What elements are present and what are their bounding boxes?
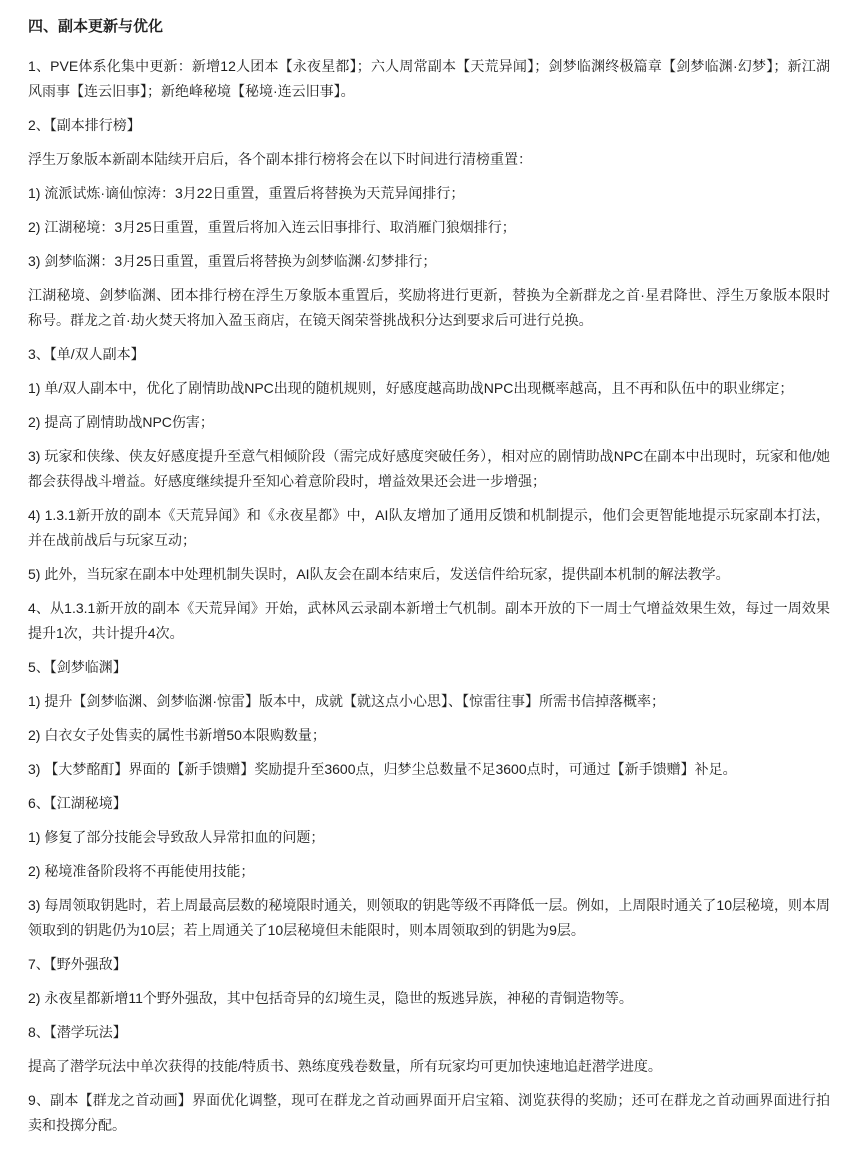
paragraph-15: 5、【剑梦临渊】 <box>28 655 830 680</box>
paragraph-22: 3) 每周领取钥匙时，若上周最高层数的秘境限时通关，则领取的钥匙等级不再降低一层… <box>28 893 830 943</box>
paragraph-4: 1) 流派试炼·谪仙惊涛：3月22日重置，重置后将替换为天荒异闻排行； <box>28 181 830 206</box>
paragraph-16: 1) 提升【剑梦临渊、剑梦临渊·惊雷】版本中，成就【就这点小心思】、【惊雷往事】… <box>28 689 830 714</box>
paragraph-8: 3、【单/双人副本】 <box>28 342 830 367</box>
paragraph-5: 2) 江湖秘境：3月25日重置，重置后将加入连云旧事排行、取消雁门狼烟排行； <box>28 215 830 240</box>
paragraph-17: 2) 白衣女子处售卖的属性书新增50本限购数量； <box>28 723 830 748</box>
paragraph-19: 6、【江湖秘境】 <box>28 791 830 816</box>
paragraph-26: 提高了潜学玩法中单次获得的技能/特质书、熟练度残卷数量，所有玩家均可更加快速地追… <box>28 1054 830 1079</box>
paragraph-23: 7、【野外强敌】 <box>28 952 830 977</box>
paragraph-12: 4) 1.3.1新开放的副本《天荒异闻》和《永夜星都》中，AI队友增加了通用反馈… <box>28 503 830 553</box>
paragraph-24: 2) 永夜星都新增11个野外强敌，其中包括奇异的幻境生灵，隐世的叛逃异族，神秘的… <box>28 986 830 1011</box>
document-body: 1、PVE体系化集中更新：新增12人团本【永夜星都】；六人周常副本【天荒异闻】；… <box>28 54 830 1138</box>
paragraph-11: 3) 玩家和侠缘、侠友好感度提升至意气相倾阶段（需完成好感度突破任务），相对应的… <box>28 444 830 494</box>
paragraph-25: 8、【潜学玩法】 <box>28 1020 830 1045</box>
section-heading: 四、副本更新与优化 <box>28 14 830 39</box>
paragraph-1: 1、PVE体系化集中更新：新增12人团本【永夜星都】；六人周常副本【天荒异闻】；… <box>28 54 830 104</box>
paragraph-9: 1) 单/双人副本中，优化了剧情助战NPC出现的随机规则，好感度越高助战NPC出… <box>28 376 830 401</box>
paragraph-27: 9、副本【群龙之首动画】界面优化调整，现可在群龙之首动画界面开启宝箱、浏览获得的… <box>28 1088 830 1138</box>
paragraph-21: 2) 秘境准备阶段将不再能使用技能； <box>28 859 830 884</box>
paragraph-18: 3) 【大梦酩酊】界面的【新手馈赠】奖励提升至3600点，归梦尘总数量不足360… <box>28 757 830 782</box>
paragraph-13: 5) 此外，当玩家在副本中处理机制失误时，AI队友会在副本结束后，发送信件给玩家… <box>28 562 830 587</box>
paragraph-7: 江湖秘境、剑梦临渊、团本排行榜在浮生万象版本重置后，奖励将进行更新，替换为全新群… <box>28 283 830 333</box>
paragraph-2: 2、【副本排行榜】 <box>28 113 830 138</box>
paragraph-6: 3) 剑梦临渊：3月25日重置，重置后将替换为剑梦临渊·幻梦排行； <box>28 249 830 274</box>
paragraph-3: 浮生万象版本新副本陆续开启后，各个副本排行榜将会在以下时间进行清榜重置： <box>28 147 830 172</box>
paragraph-20: 1) 修复了部分技能会导致敌人异常扣血的问题； <box>28 825 830 850</box>
patch-notes-document: 四、副本更新与优化 1、PVE体系化集中更新：新增12人团本【永夜星都】；六人周… <box>0 0 858 1163</box>
paragraph-10: 2) 提高了剧情助战NPC伤害； <box>28 410 830 435</box>
paragraph-14: 4、从1.3.1新开放的副本《天荒异闻》开始，武林风云录副本新增士气机制。副本开… <box>28 596 830 646</box>
